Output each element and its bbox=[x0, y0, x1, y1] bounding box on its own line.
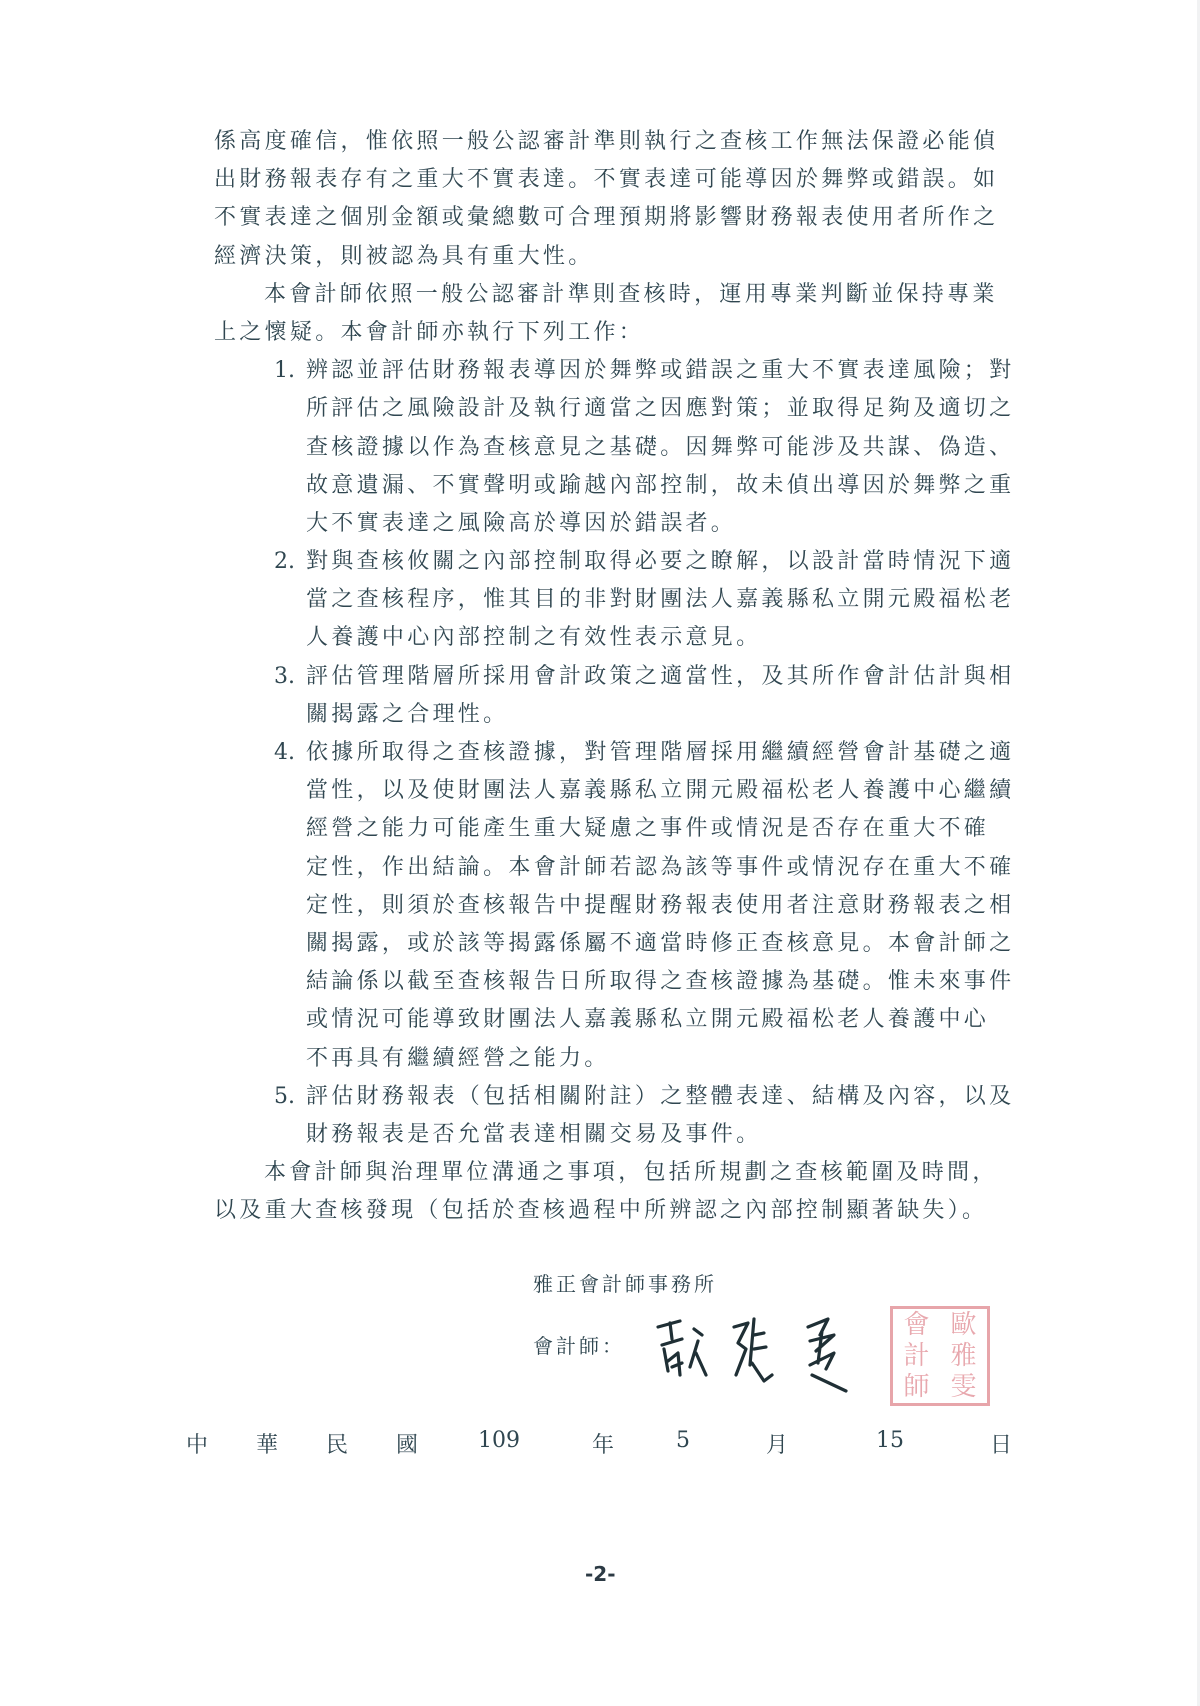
date-day: 15 bbox=[876, 1428, 904, 1453]
text-line: 結論係以截至查核報告日所取得之查核證據為基礎。惟未來事件 bbox=[306, 963, 994, 1001]
text-line: 本會計師依照一般公認審計準則查核時，運用專業判斷並保持專業 bbox=[214, 276, 994, 314]
text-line: 大不實表達之風險高於導因於錯誤者。 bbox=[306, 505, 994, 543]
list-item: 3. 評估管理階層所採用會計政策之適當性，及其所作會計估計與相 關揭露之合理性。 bbox=[214, 658, 994, 734]
report-body: 係高度確信，惟依照一般公認審計準則執行之查核工作無法保證必能偵 出財務報表存有之… bbox=[214, 123, 994, 1230]
seal-char: 歐 bbox=[940, 1312, 987, 1338]
text-line: 查核證據以作為查核意見之基礎。因舞弊可能涉及共謀、偽造、 bbox=[306, 429, 994, 467]
text-line: 關揭露，或於該等揭露係屬不適當時修正查核意見。本會計師之 bbox=[306, 925, 994, 963]
intro-paragraph: 係高度確信，惟依照一般公認審計準則執行之查核工作無法保證必能偵 出財務報表存有之… bbox=[214, 123, 994, 276]
page-number: -2- bbox=[585, 1562, 616, 1586]
seal-char: 計 bbox=[893, 1343, 940, 1369]
text-line: 評估管理階層所採用會計政策之適當性，及其所作會計估計與相 bbox=[306, 658, 994, 696]
text-line: 所評估之風險設計及執行適當之因應對策；並取得足夠及適切之 bbox=[306, 390, 994, 428]
text-line: 依據所取得之查核證據，對管理階層採用繼續經營會計基礎之適 bbox=[306, 734, 994, 772]
list-number: 1. bbox=[274, 352, 295, 390]
list-number: 3. bbox=[274, 658, 295, 696]
text-line: 本會計師與治理單位溝通之事項，包括所規劃之查核範圍及時間， bbox=[214, 1154, 994, 1192]
procedures-paragraph: 本會計師依照一般公認審計準則查核時，運用專業判斷並保持專業 上之懷疑。本會計師亦… bbox=[214, 276, 994, 352]
text-line: 財務報表是否允當表達相關交易及事件。 bbox=[306, 1116, 994, 1154]
date-year: 109 bbox=[478, 1428, 520, 1453]
text-line: 不再具有繼續經營之能力。 bbox=[306, 1040, 994, 1078]
text-line: 人養護中心內部控制之有效性表示意見。 bbox=[306, 619, 994, 657]
seal-char: 師 bbox=[893, 1374, 940, 1400]
text-line: 評估財務報表（包括相關附註）之整體表達、結構及內容，以及 bbox=[306, 1078, 994, 1116]
list-item: 1. 辨認並評估財務報表導因於舞弊或錯誤之重大不實表達風險；對 所評估之風險設計… bbox=[214, 352, 994, 543]
text-line: 係高度確信，惟依照一般公認審計準則執行之查核工作無法保證必能偵 bbox=[214, 123, 994, 161]
text-line: 或情況可能導致財團法人嘉義縣私立開元殿福松老人養護中心 bbox=[306, 1001, 994, 1039]
seal-char: 會 bbox=[893, 1312, 940, 1338]
text-line: 當之查核程序，惟其目的非對財團法人嘉義縣私立開元殿福松老 bbox=[306, 581, 994, 619]
text-line: 定性，作出結論。本會計師若認為該等事件或情況存在重大不確 bbox=[306, 849, 994, 887]
text-line: 經濟決策，則被認為具有重大性。 bbox=[214, 238, 994, 276]
handwritten-signature bbox=[650, 1305, 890, 1400]
text-line: 定性，則須於查核報告中提醒財務報表使用者注意財務報表之相 bbox=[306, 887, 994, 925]
text-line: 以及重大查核發現（包括於查核過程中所辨認之內部控制顯著缺失）。 bbox=[214, 1192, 994, 1230]
document-page: 係高度確信，惟依照一般公認審計準則執行之查核工作無法保證必能偵 出財務報表存有之… bbox=[0, 0, 1200, 1706]
list-item: 5. 評估財務報表（包括相關附註）之整體表達、結構及內容，以及 財務報表是否允當… bbox=[214, 1078, 994, 1154]
era-char: 華 bbox=[256, 1428, 278, 1459]
text-line: 不實表達之個別金額或彙總數可合理預期將影響財務報表使用者所作之 bbox=[214, 199, 994, 237]
cpa-label: 會計師： bbox=[533, 1330, 625, 1359]
era-char: 民 bbox=[326, 1428, 348, 1459]
era-char: 中 bbox=[186, 1428, 208, 1459]
list-item: 2. 對與查核攸關之內部控制取得必要之瞭解，以設計當時情況下適 當之查核程序，惟… bbox=[214, 543, 994, 658]
date-year-unit: 年 bbox=[592, 1428, 614, 1459]
text-line: 出財務報表存有之重大不實表達。不實表達可能導因於舞弊或錯誤。如 bbox=[214, 161, 994, 199]
seal-char: 雯 bbox=[940, 1374, 987, 1400]
list-number: 2. bbox=[274, 543, 295, 581]
list-number: 4. bbox=[274, 734, 295, 772]
date-month-unit: 月 bbox=[766, 1428, 788, 1459]
text-line: 當性，以及使財團法人嘉義縣私立開元殿福松老人養護中心繼續 bbox=[306, 772, 994, 810]
communication-paragraph: 本會計師與治理單位溝通之事項，包括所規劃之查核範圍及時間， 以及重大查核發現（包… bbox=[214, 1154, 994, 1230]
text-line: 故意遺漏、不實聲明或踰越內部控制，故未偵出導因於舞弊之重 bbox=[306, 467, 994, 505]
era-char: 國 bbox=[396, 1428, 418, 1459]
date-day-unit: 日 bbox=[990, 1428, 1012, 1459]
text-line: 上之懷疑。本會計師亦執行下列工作： bbox=[214, 314, 994, 352]
procedures-list: 1. 辨認並評估財務報表導因於舞弊或錯誤之重大不實表達風險；對 所評估之風險設計… bbox=[214, 352, 994, 1154]
firm-name: 雅正會計師事務所 bbox=[533, 1268, 717, 1297]
red-seal: 會 歐 計 雅 師 雯 bbox=[890, 1306, 990, 1406]
list-item: 4. 依據所取得之查核證據，對管理階層採用繼續經營會計基礎之適 當性，以及使財團… bbox=[214, 734, 994, 1078]
text-line: 關揭露之合理性。 bbox=[306, 696, 994, 734]
text-line: 對與查核攸關之內部控制取得必要之瞭解，以設計當時情況下適 bbox=[306, 543, 994, 581]
text-line: 辨認並評估財務報表導因於舞弊或錯誤之重大不實表達風險；對 bbox=[306, 352, 994, 390]
seal-char: 雅 bbox=[940, 1343, 987, 1369]
text-line: 經營之能力可能產生重大疑慮之事件或情況是否存在重大不確 bbox=[306, 810, 994, 848]
list-number: 5. bbox=[274, 1078, 295, 1116]
date-month: 5 bbox=[676, 1428, 690, 1453]
